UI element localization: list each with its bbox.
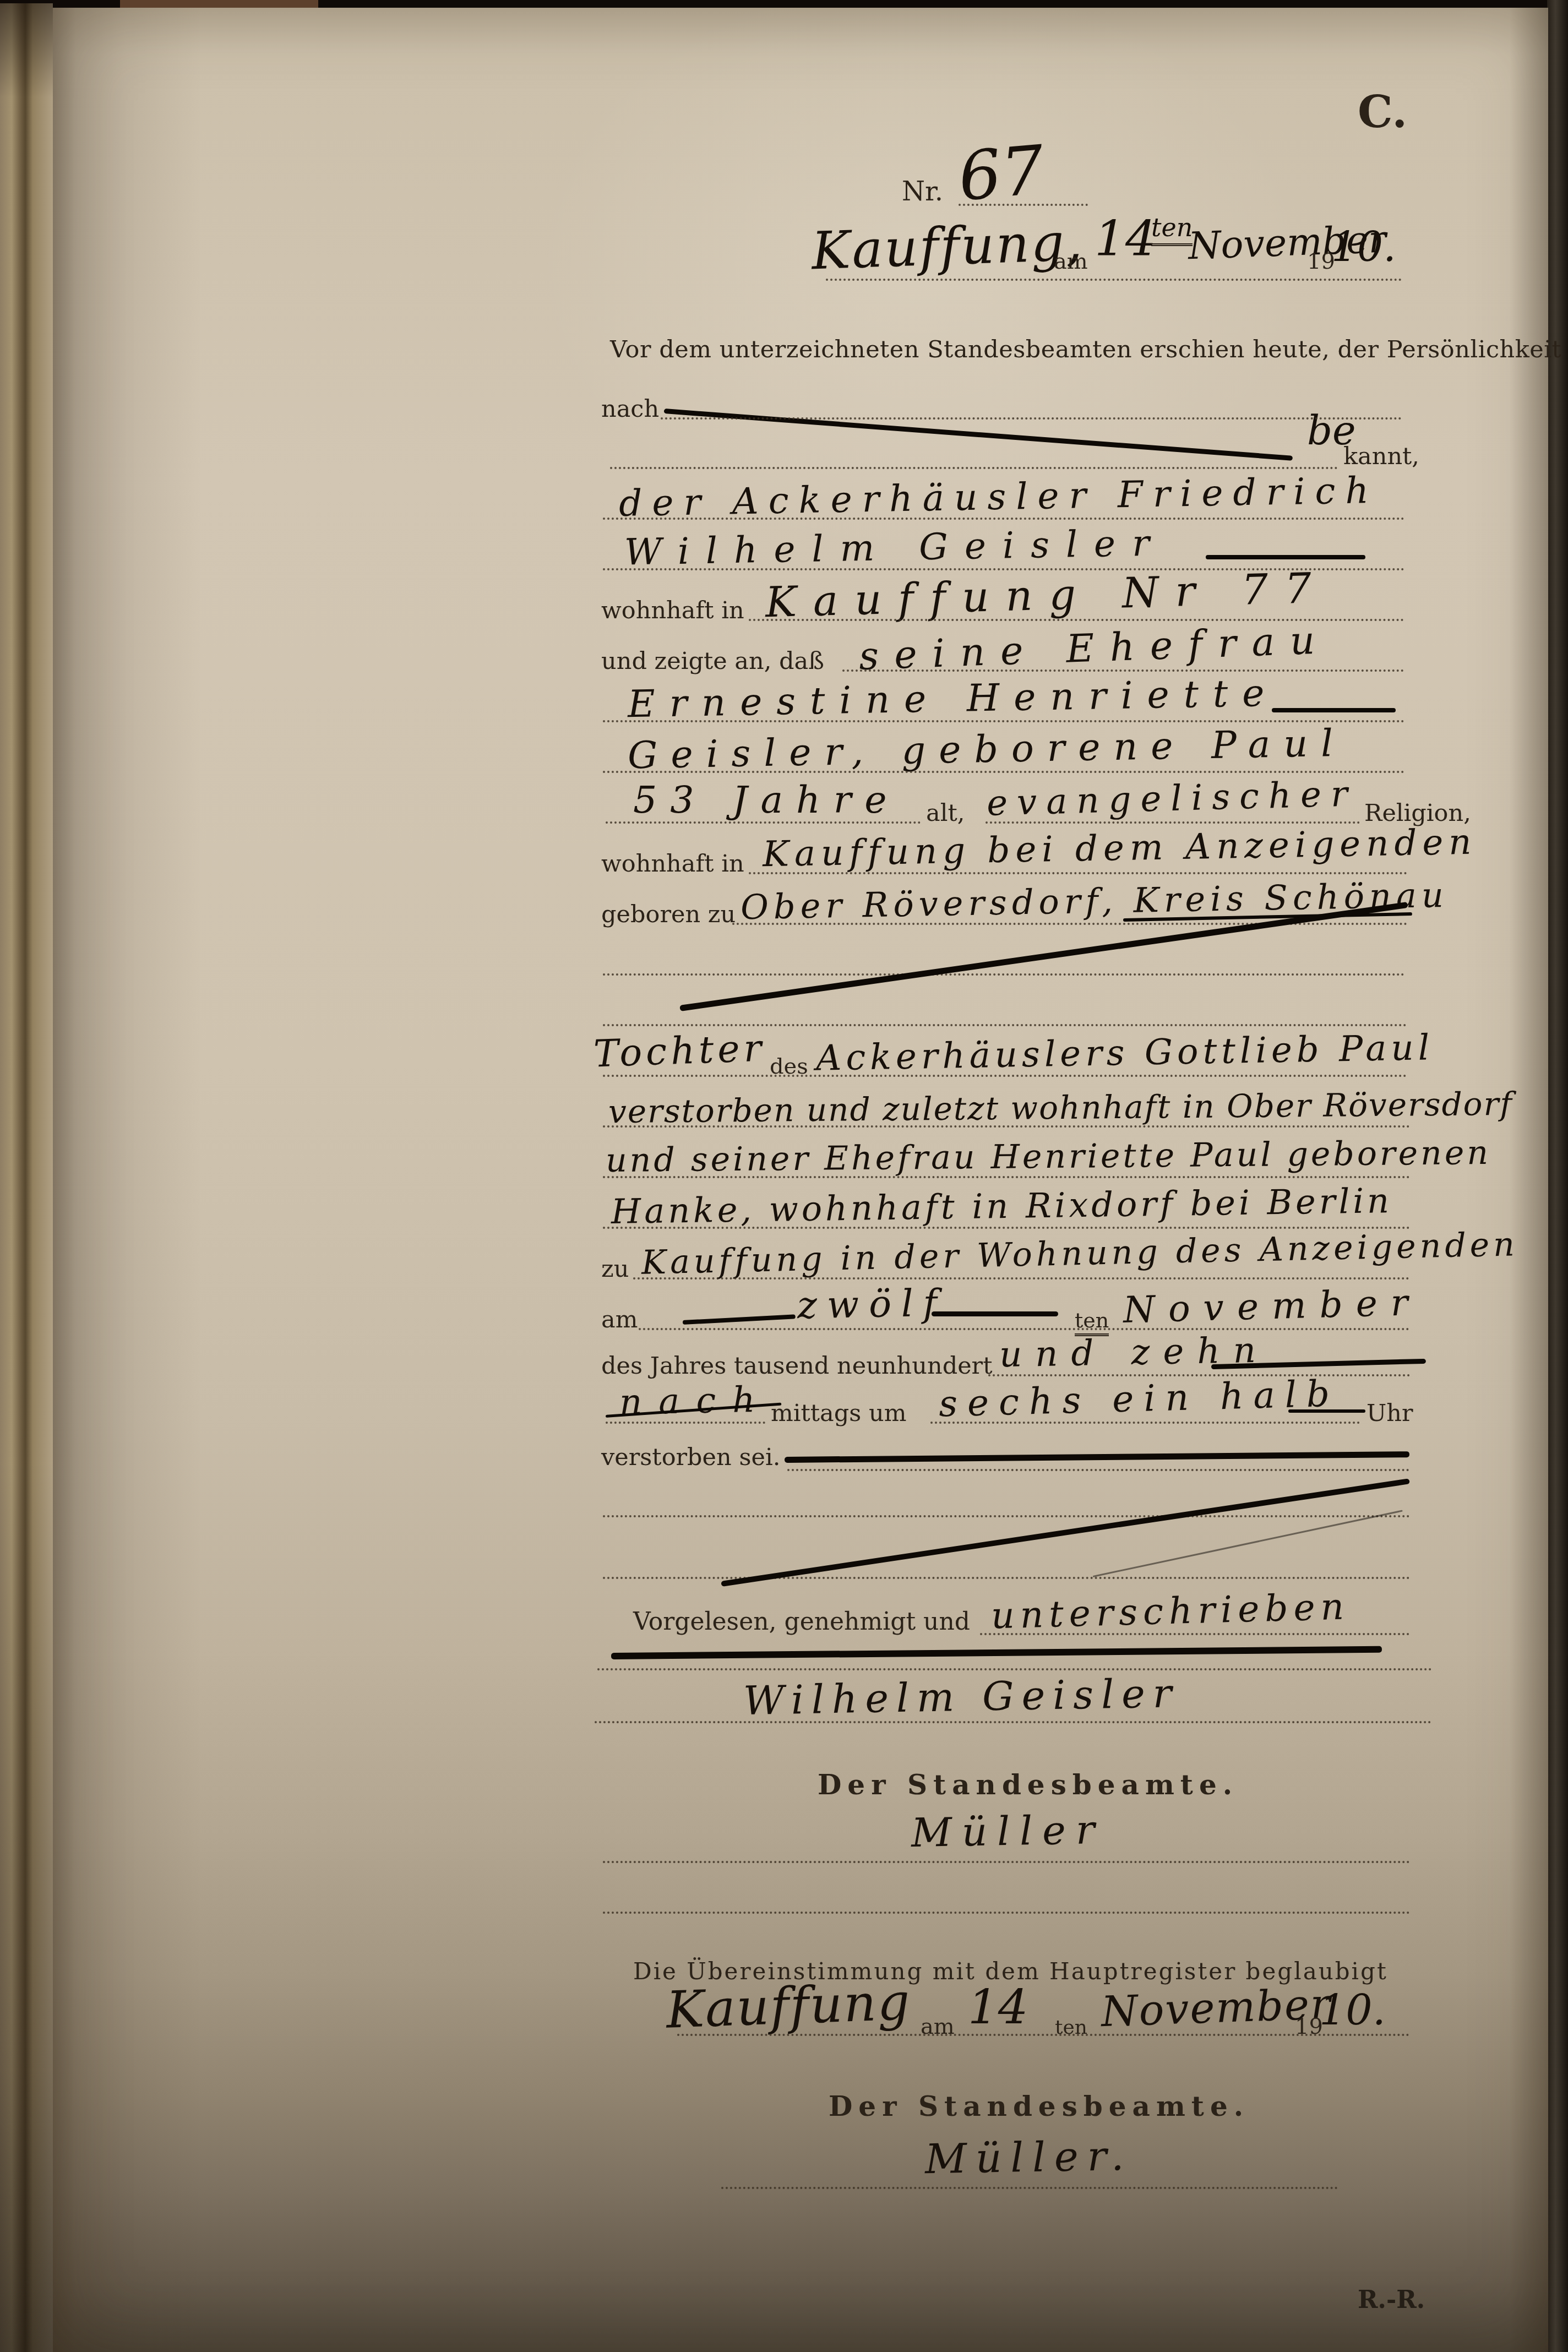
- adjacent-page-edge: [0, 3, 53, 2352]
- residence2-label: wohnhaft in: [601, 850, 744, 878]
- footer-form-mark: R.-R.: [1358, 2286, 1425, 2314]
- dotted-line: [603, 973, 1404, 976]
- residence-label: wohnhaft in: [601, 597, 744, 624]
- dotted-line: [603, 1075, 1407, 1077]
- dotted-line: [603, 1912, 1410, 1914]
- residence-value: Kauffung Nr 77: [765, 563, 1329, 627]
- ditto-line: [1206, 555, 1365, 559]
- dotted-line: [606, 1422, 765, 1424]
- dotted-line: [980, 1633, 1409, 1635]
- cert-registrar-title: Der Standesbeamte.: [829, 2090, 1249, 2122]
- birthplace-label: geboren zu: [601, 901, 736, 928]
- intro-line1: Vor dem unterzeichneten Standesbeamten e…: [610, 336, 1561, 363]
- parentage-line3: und seiner Ehefrau Henriette Paul gebore…: [606, 1134, 1491, 1180]
- dotted-line: [986, 821, 1360, 824]
- alt-label: alt,: [926, 799, 965, 827]
- record-number-label: Nr.: [902, 176, 943, 207]
- intro-nach-label: nach: [601, 395, 659, 423]
- dotted-line: [603, 1577, 1410, 1579]
- report-label: und zeigte an, daß: [601, 647, 824, 675]
- death-uhr-label: Uhr: [1366, 1400, 1413, 1427]
- declarant-signature: Wilhelm Geisler: [743, 1670, 1179, 1724]
- dotted-line: [842, 669, 1404, 672]
- closing-label: verstorben sei.: [601, 1444, 780, 1471]
- attestation-label: Vorgelesen, genehmigt und: [633, 1608, 970, 1636]
- dash-stroke: [932, 1311, 1058, 1316]
- death-month-value: November: [1123, 1281, 1422, 1331]
- diagonal-strike: [721, 1478, 1410, 1587]
- deceased-name1: Ernestine Henriette: [627, 672, 1279, 727]
- dotted-line: [603, 1515, 1410, 1517]
- strike-line-thick: [611, 1646, 1382, 1659]
- deceased-name2: Geisler, geborene Paul: [627, 722, 1346, 778]
- dotted-line: [930, 1422, 1360, 1424]
- attestation-value: unterschrieben: [990, 1585, 1350, 1637]
- dotted-line: [603, 771, 1404, 773]
- death-am-label: am: [601, 1306, 638, 1333]
- dash-stroke: [683, 1314, 796, 1325]
- death-zu-label: zu: [601, 1255, 629, 1283]
- cert-place: Kauffung: [665, 1972, 912, 2039]
- strike-line: [664, 409, 1293, 461]
- dateline-am-label: am: [1054, 249, 1088, 274]
- dotted-line: [603, 1861, 1410, 1863]
- dotted-line: [603, 518, 1404, 520]
- dash-stroke: [1288, 1409, 1365, 1413]
- dateline-year-written: 10.: [1331, 224, 1396, 271]
- dotted-line: [610, 467, 1338, 469]
- dotted-line: [603, 1176, 1410, 1178]
- dateline-day-suffix: ten: [1151, 213, 1193, 246]
- death-time-value: sechs ein halb: [938, 1372, 1340, 1425]
- death-year-label: des Jahres tausend neunhundert: [601, 1352, 992, 1380]
- dotted-line: [732, 923, 1407, 925]
- dotted-line: [603, 1227, 1410, 1229]
- dateline-day: 14: [1095, 210, 1156, 267]
- declarant-line1: der Ackerhäusler Friedrich: [618, 469, 1379, 525]
- dotted-line: [595, 1721, 1431, 1723]
- cert-day: 14: [968, 1980, 1028, 2035]
- dotted-line: [603, 1024, 1407, 1026]
- death-ten-label: ten: [1075, 1308, 1109, 1336]
- intro-bekannt-label: kannt,: [1343, 443, 1419, 470]
- registrar-signature: Müller: [911, 1806, 1105, 1856]
- dotted-line: [721, 2187, 1338, 2189]
- dotted-line: [959, 204, 1088, 206]
- dotted-line: [787, 1469, 1409, 1471]
- ditto-line: [1272, 708, 1396, 712]
- age-value: 53 Jahre: [633, 778, 900, 822]
- dotted-line: [633, 1277, 1409, 1280]
- death-time-label: mittags um: [771, 1400, 906, 1427]
- parentage-line4: Hanke, wohnhaft in Rixdorf bei Berlin: [611, 1180, 1393, 1232]
- dateline-place: Kauffung,: [810, 212, 1085, 281]
- death-day-value: zwölf: [797, 1282, 947, 1328]
- death-place-value: Kauffung in der Wohnung des Anzeigenden: [641, 1225, 1518, 1282]
- strike-line-thick: [785, 1451, 1409, 1463]
- dotted-line: [826, 279, 1402, 281]
- dotted-line: [597, 1668, 1432, 1670]
- dotted-line: [603, 1125, 1410, 1128]
- death-record-page: C. Nr. 67 Kauffung, am 14 ten November 1…: [53, 8, 1548, 2352]
- dotted-line: [661, 417, 1402, 420]
- registrar-title: Der Standesbeamte.: [818, 1768, 1238, 1801]
- parentage-line1: Ackerhäuslers Gottlieb Paul: [815, 1027, 1434, 1079]
- death-time-prefix: nach: [619, 1380, 772, 1423]
- dotted-line: [749, 872, 1407, 874]
- cert-registrar-signature: Müller.: [924, 2132, 1133, 2184]
- residence2-value: Kauffung bei dem Anzeigenden: [762, 822, 1477, 875]
- birthplace-value: Ober Röversdorf, Kreis Schönau: [740, 875, 1449, 927]
- parentage-handwritten1: Tochter: [593, 1027, 766, 1076]
- corner-letter: C.: [1358, 86, 1407, 138]
- cert-year-written: 10.: [1319, 1985, 1386, 2034]
- parentage-line2: verstorben und zuletzt wohnhaft in Ober …: [608, 1085, 1513, 1130]
- register-photo: C. Nr. 67 Kauffung, am 14 ten November 1…: [0, 0, 1568, 2352]
- dotted-line: [639, 1328, 1409, 1330]
- religion-value: evangelischer: [986, 774, 1357, 824]
- dotted-line: [603, 720, 1404, 722]
- dotted-line: [677, 2034, 1409, 2036]
- declarant-line2: Wilhelm Geisler: [624, 521, 1166, 573]
- dotted-line: [606, 821, 921, 824]
